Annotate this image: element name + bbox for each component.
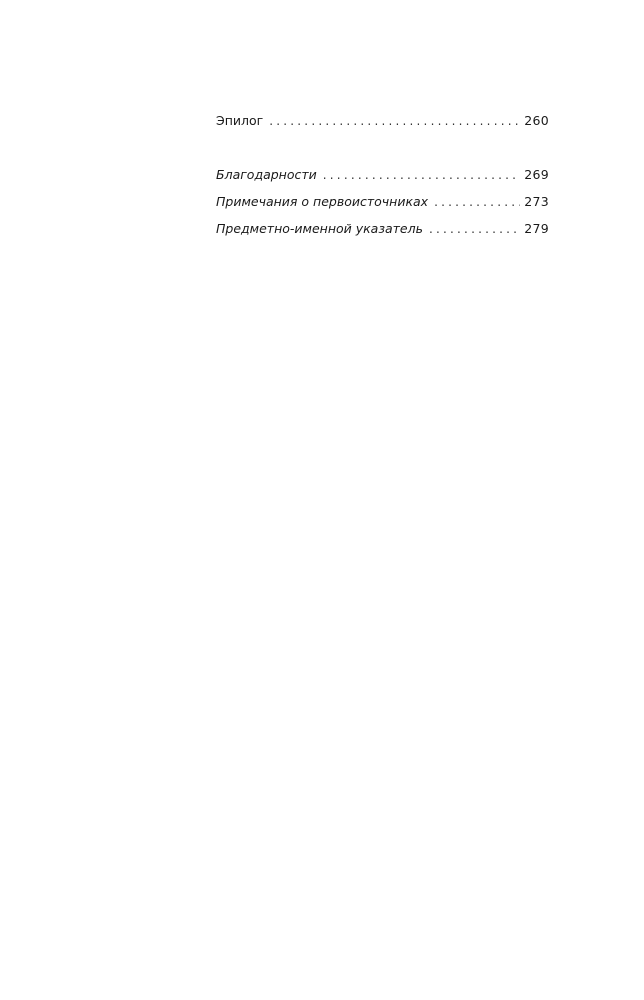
toc-dot-leader: ........................................… xyxy=(429,219,520,239)
toc-entry-title: Эпилог xyxy=(216,111,269,131)
toc-entry-index[interactable]: Предметно-именной указатель ............… xyxy=(216,219,549,246)
toc-entry-title: Предметно-именной указатель xyxy=(216,219,429,239)
toc-page-number: 260 xyxy=(520,111,549,131)
toc-entry-title: Благодарности xyxy=(216,165,323,185)
toc-page-number: 279 xyxy=(520,219,549,239)
toc-page-number: 269 xyxy=(520,165,549,185)
table-of-contents: Эпилог .................................… xyxy=(216,111,549,246)
toc-dot-leader: ........................................… xyxy=(269,111,520,131)
toc-entry-title: Примечания о первоисточниках xyxy=(216,192,434,212)
toc-dot-leader: ........................................… xyxy=(434,192,520,212)
toc-page-number: 273 xyxy=(520,192,549,212)
toc-entry-epilogue[interactable]: Эпилог .................................… xyxy=(216,111,549,138)
toc-entry-acknowledgements[interactable]: Благодарности ..........................… xyxy=(216,165,549,192)
toc-dot-leader: ........................................… xyxy=(323,165,520,185)
toc-entry-source-notes[interactable]: Примечания о первоисточниках ...........… xyxy=(216,192,549,219)
